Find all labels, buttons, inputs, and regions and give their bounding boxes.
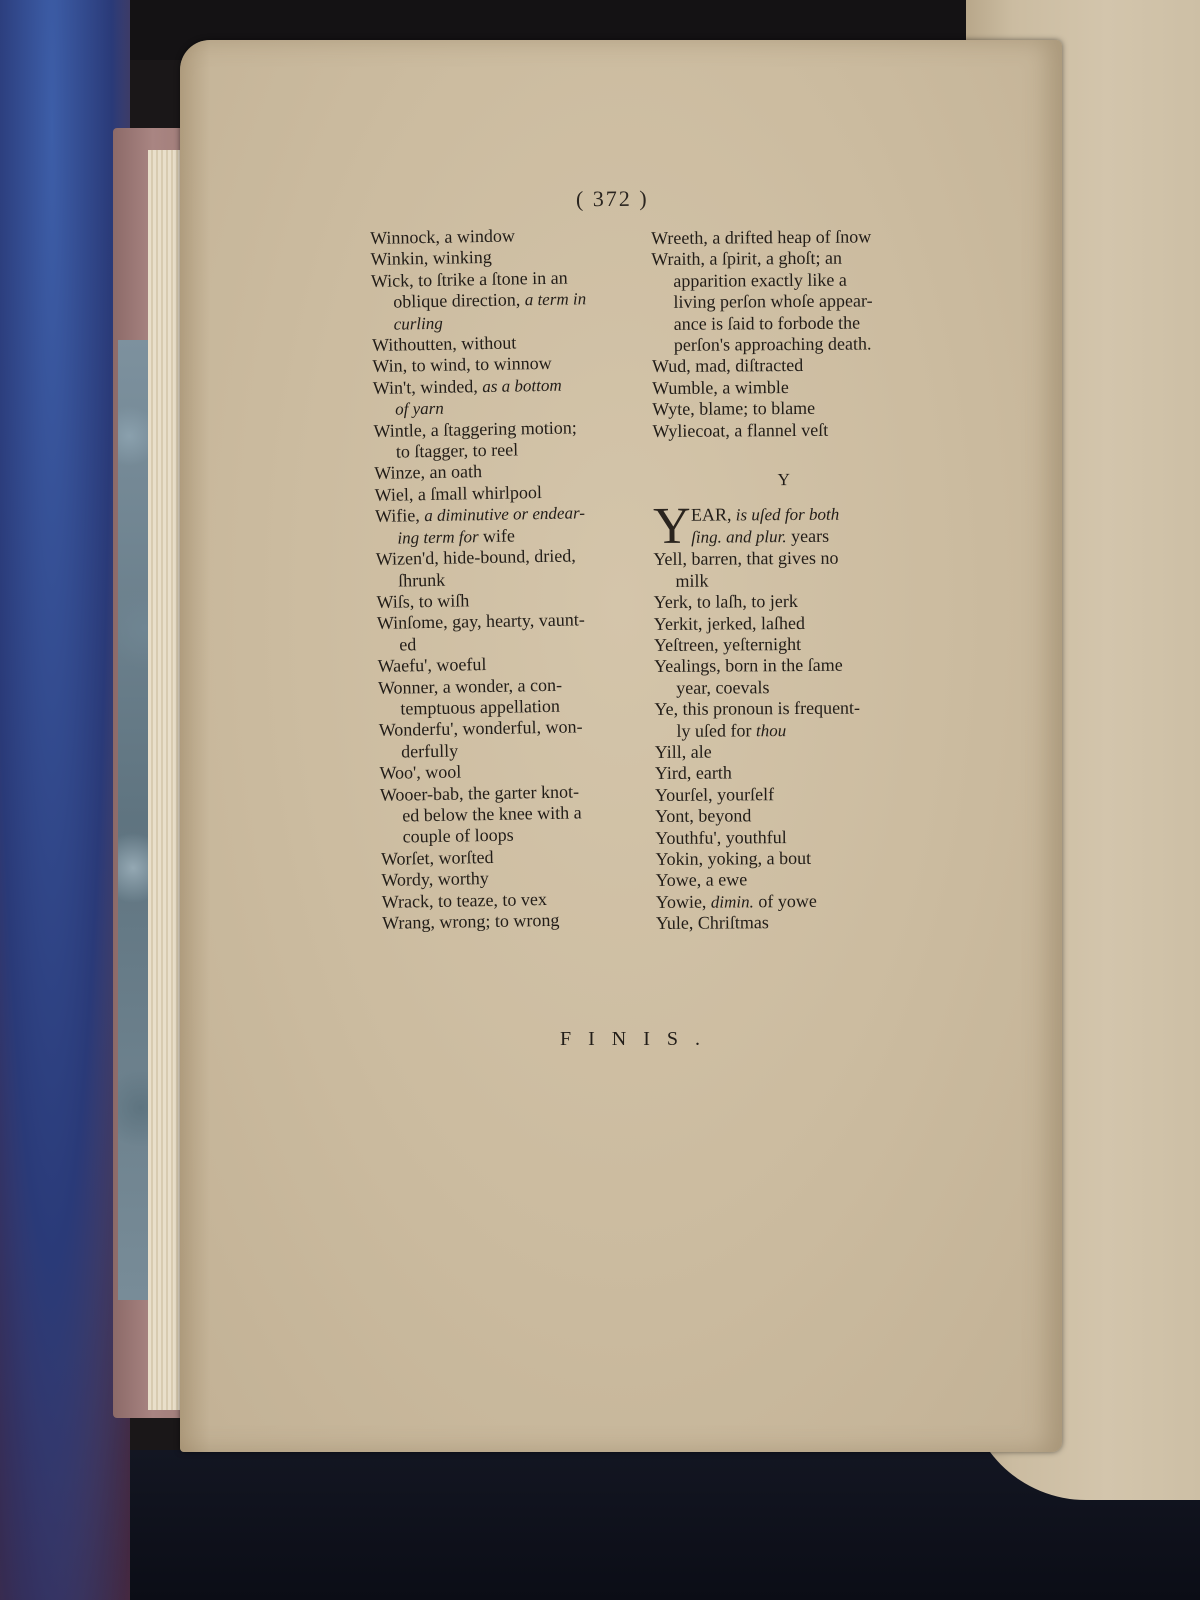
entry-headword: Wordy, — [381, 869, 433, 890]
entry-headword: Wyte, — [652, 399, 695, 419]
glossary-entry: Yerk, to laſh, to jerk — [654, 590, 916, 613]
glossary-entry: Winſome, gay, hearty, vaunt-ed — [377, 609, 646, 656]
glossary-entry: Wizen'd, hide-bound, dried,ſhrunk — [376, 544, 645, 591]
glossary-entry: Wonner, a wonder, a con-temptuous appell… — [378, 673, 647, 720]
entry-headword: Wrang, — [382, 912, 435, 933]
glossary-column-right: Wreeth, a drifted heap of ſnowWraith, a … — [651, 226, 918, 934]
entry-headword: Wonderfu', — [379, 719, 459, 740]
entry-headword: Wraith, — [651, 249, 705, 269]
entry-headword: Wifie, — [375, 505, 420, 526]
glossary-entry: Wumble, a wimble — [652, 376, 914, 399]
glossary-entry: Wreeth, a drifted heap of ſnow — [651, 226, 913, 249]
entry-headword: Yowie, — [656, 891, 707, 911]
entry-headword: Yokin, — [655, 849, 703, 869]
entry-headword: Winze, — [374, 463, 425, 484]
glossary-entry: Youthfu', youthful — [655, 826, 917, 849]
glossary-entry: Yowe, a ewe — [655, 869, 917, 892]
entry-headword: Yealings, — [654, 656, 721, 676]
glossary-entry: Yill, ale — [655, 740, 917, 763]
glossary-entry: Wooer-bab, the garter knot-ed below the … — [380, 780, 649, 849]
entry-headword: Wyliecoat, — [652, 420, 730, 441]
glossary-entry: Yont, beyond — [655, 804, 917, 827]
entry-headword: Yird, — [655, 763, 692, 783]
entry-headword: Wreeth, — [651, 228, 708, 248]
entry-headword: Yowe, — [655, 870, 701, 890]
entry-headword: Yerkit, — [654, 613, 703, 633]
glossary-column-left: Winnock, a windowWinkin, winkingWick, to… — [370, 223, 650, 934]
entry-headword: Yill, — [655, 742, 687, 762]
entry-headword: Yeſtreen, — [654, 634, 719, 654]
glossary-entry: Yokin, yoking, a bout — [655, 847, 917, 870]
finis-label: FINIS. — [560, 1028, 717, 1051]
glossary-entry: Yule, Chriſtmas — [656, 911, 918, 934]
entry-headword: Winnock, — [370, 227, 440, 248]
entry-headword: Wiſs, — [376, 591, 414, 612]
entry-headword: Woo', — [379, 762, 421, 783]
entry-headword: Wud, — [652, 356, 691, 376]
entry-headword: Yourſel, — [655, 784, 713, 804]
glossary-entry: Wintle, a ſtaggering motion;to ſtagger, … — [373, 416, 642, 463]
entry-headword: Wonner, — [378, 676, 439, 697]
entry-headword: Wick, — [371, 270, 414, 291]
page-number: ( 372 ) — [576, 186, 649, 213]
entry-headword: Youthfu', — [655, 827, 721, 847]
glossary-entry: Wifie, a diminutive or endear-ing term f… — [375, 502, 644, 549]
glossary-entry: Yeſtreen, yeſternight — [654, 633, 916, 656]
entry-headword: Yerk, — [654, 592, 693, 612]
glossary-entry: Yourſel, yourſelf — [655, 783, 917, 806]
entry-headword: Wiel, — [374, 484, 413, 505]
glossary-entry: Wonderfu', wonderful, won-derfully — [379, 716, 648, 763]
glossary-entry: Wyliecoat, a flannel veſt — [652, 419, 914, 442]
page-gutter-shadow — [180, 40, 210, 1452]
entry-headword: Winkin, — [370, 248, 428, 269]
entry-headword: Wrack, — [382, 891, 434, 912]
entry-headword: Waefu', — [377, 655, 432, 676]
entry-headword: Ye, — [654, 699, 678, 719]
entry-headword: Wintle, — [373, 420, 426, 441]
drop-cap: Y — [653, 505, 691, 549]
glossary-entry: Wraith, a ſpirit, a ghoſt; anapparition … — [651, 248, 914, 357]
entry-headword: Wooer-bab, — [380, 783, 464, 804]
glossary-entry-year: Y EAR, is uſed for both ſing. and plur. … — [653, 504, 915, 549]
glossary-entry: Yowie, dimin. of yowe — [656, 890, 918, 913]
glossary-entry: Win't, winded, as a bottomof yarn — [373, 373, 642, 420]
entry-headword: Win't, — [373, 377, 416, 398]
entry-headword: Winſome, — [377, 612, 448, 633]
glossary-entry: Yerkit, jerked, laſhed — [654, 612, 916, 635]
section-heading-y: Y — [653, 468, 915, 491]
glossary-entry: Yell, barren, that gives nomilk — [653, 547, 915, 592]
w-entries: Wreeth, a drifted heap of ſnowWraith, a … — [651, 226, 914, 442]
entry-headword: Yule, — [656, 913, 694, 933]
entry-headword: Yont, — [655, 806, 694, 826]
entry-headword: Worſet, — [381, 848, 434, 869]
entry-headword: Withoutten, — [372, 334, 457, 355]
glossary-entry: Wick, to ſtrike a ſtone in anoblique dir… — [371, 266, 640, 335]
entry-headword: Win, — [372, 356, 407, 377]
glossary-entry: Yealings, born in the ſameyear, coevals — [654, 654, 916, 699]
glossary-entry: Ye, this pronoun is frequent-ly uſed for… — [654, 697, 916, 742]
background-fabric — [0, 0, 130, 1600]
glossary-entry: Wud, mad, diſtracted — [652, 355, 914, 378]
glossary-entry: Yird, earth — [655, 762, 917, 785]
entry-headword: Wizen'd, — [376, 548, 439, 569]
glossary-entry: Wyte, blame; to blame — [652, 397, 914, 420]
y-entries: Yell, barren, that gives nomilkYerk, to … — [653, 547, 918, 934]
entry-headword: Wumble, — [652, 377, 718, 397]
